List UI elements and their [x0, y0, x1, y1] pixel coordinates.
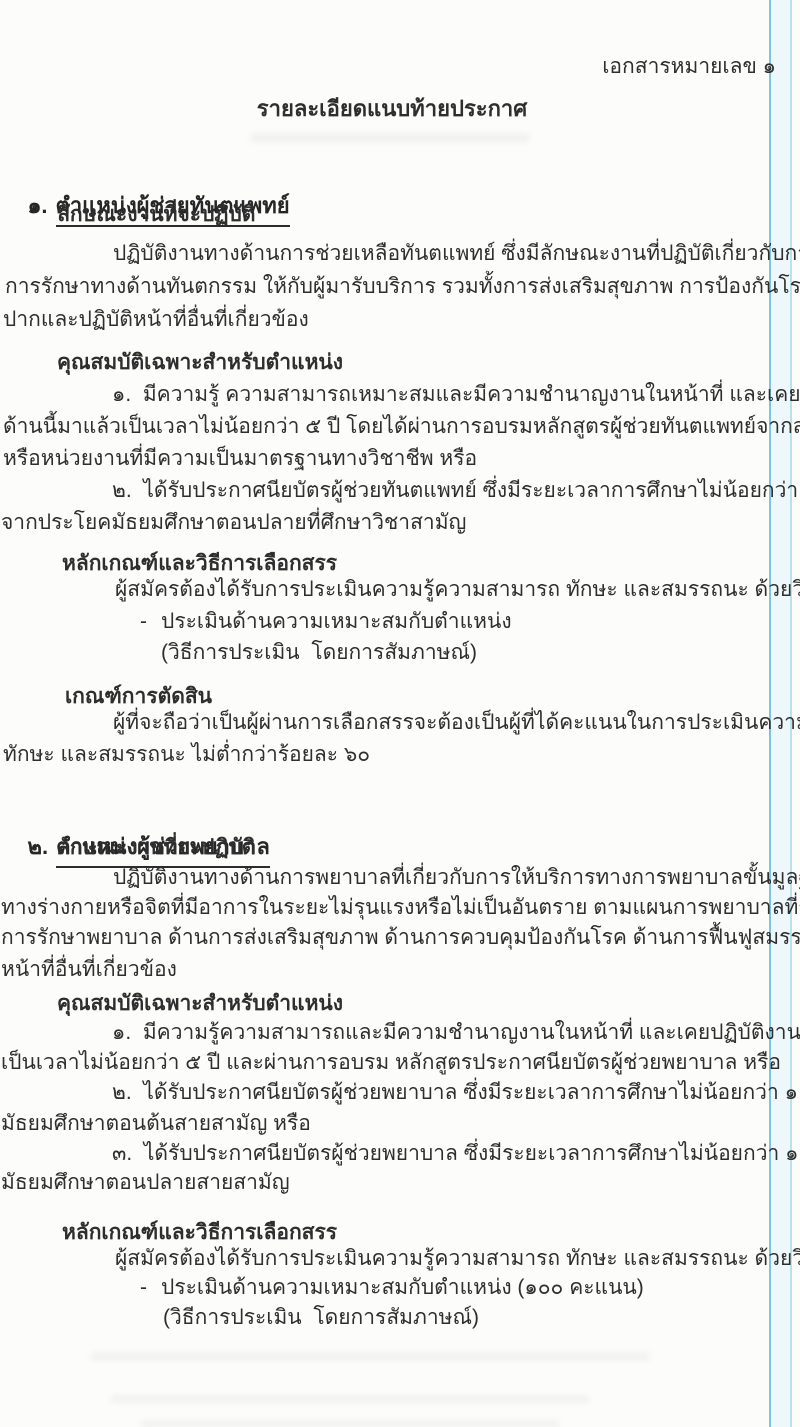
- selection-note: (วิธีการประเมิน โดยการสัมภาษณ์): [161, 639, 477, 667]
- duty-heading: ลักษณะงานที่จะปฏิบัติ: [57, 201, 255, 229]
- duty-heading: ลักษณะงานที่จะปฏิบัติ: [57, 834, 255, 862]
- qualifications-heading: คุณสมบัติเฉพาะสำหรับตำแหน่ง: [57, 349, 343, 377]
- selection-heading: หลักเกณฑ์และวิธีการเลือกสรร: [62, 550, 337, 578]
- criteria-heading: เกณฑ์การตัดสิน: [65, 683, 212, 711]
- qualification-line: ๓. ได้รับประกาศนียบัตรผู้ช่วยพยาบาล ซึ่ง…: [112, 1140, 800, 1168]
- bullet-dash: -: [140, 1274, 147, 1302]
- criteria-line: ผู้ที่จะถือว่าเป็นผู้ผ่านการเลือกสรรจะต้…: [113, 709, 800, 737]
- paragraph-line: การรักษาพยาบาล ด้านการส่งเสริมสุขภาพ ด้า…: [1, 924, 800, 952]
- bleed-through-artifact: [90, 1352, 650, 1361]
- qualification-line: ๑. มีความรู้ ความสามารถเหมาะสมและมีความช…: [112, 381, 800, 409]
- section-1-number: ๑.: [27, 193, 47, 218]
- qualification-line: ๑. มีความรู้ความสามารถและมีความชำนาญงานใ…: [112, 1019, 800, 1047]
- qualification-line: มัธยมศึกษาตอนต้นสายสามัญ หรือ: [1, 1110, 311, 1138]
- qualification-line: มัธยมศึกษาตอนปลายสายสามัญ: [1, 1169, 290, 1197]
- criteria-line: ทักษะ และสมรรถนะ ไม่ต่ำกว่าร้อยละ ๖๐: [3, 741, 370, 769]
- selection-heading: หลักเกณฑ์และวิธีการเลือกสรร: [62, 1219, 337, 1247]
- selection-intro: ผู้สมัครต้องได้รับการประเมินความรู้ความส…: [115, 576, 800, 604]
- bleed-through-artifact: [250, 133, 530, 143]
- qualification-line: จากประโยคมัธยมศึกษาตอนปลายที่ศึกษาวิชาสา…: [1, 509, 466, 537]
- bullet-dash: -: [140, 608, 147, 636]
- qualification-line: ด้านนี้มาแล้วเป็นเวลาไม่น้อยกว่า ๕ ปี โด…: [3, 413, 800, 441]
- document-number: เอกสารหมายเลข ๑: [602, 50, 776, 83]
- page-title: รายละเอียดแนบท้ายประกาศ: [0, 91, 784, 126]
- selection-intro: ผู้สมัครต้องได้รับการประเมินความรู้ความส…: [115, 1245, 800, 1273]
- selection-note: (วิธีการประเมิน โดยการสัมภาษณ์): [163, 1304, 479, 1332]
- paragraph-line: ทางร่างกายหรือจิตที่มีอาการในระยะไม่รุนแ…: [1, 894, 800, 922]
- paragraph-line: ปากและปฏิบัติหน้าที่อื่นที่เกี่ยวข้อง: [3, 306, 309, 334]
- scanned-document-page: เอกสารหมายเลข ๑ รายละเอียดแนบท้ายประกาศ …: [0, 0, 800, 1427]
- qualification-line: ๒. ได้รับประกาศนียบัตรผู้ช่วยทันตแพทย์ ซ…: [112, 477, 800, 505]
- section-2-number: ๒.: [27, 834, 48, 859]
- paragraph-line: หน้าที่อื่นที่เกี่ยวข้อง: [1, 956, 177, 984]
- paragraph-line: ปฏิบัติงานทางด้านการพยาบาลที่เกี่ยวกับกา…: [113, 864, 800, 892]
- paragraph-line: ปฏิบัติงานทางด้านการช่วยเหลือทันตแพทย์ ซ…: [113, 240, 800, 268]
- paragraph-line: การรักษาทางด้านทันตกรรม ให้กับผู้มารับบร…: [5, 273, 800, 301]
- bleed-through-artifact: [110, 1395, 590, 1403]
- selection-bullet: ประเมินด้านความเหมาะสมกับตำแหน่ง (๑๐๐ คะ…: [161, 1274, 644, 1302]
- qualification-line: ๒. ได้รับประกาศนียบัตรผู้ช่วยพยาบาล ซึ่ง…: [112, 1079, 800, 1107]
- qualification-line: หรือหน่วยงานที่มีความเป็นมาตรฐานทางวิชาช…: [3, 445, 477, 473]
- qualifications-heading: คุณสมบัติเฉพาะสำหรับตำแหน่ง: [57, 990, 343, 1018]
- selection-bullet: ประเมินด้านความเหมาะสมกับตำแหน่ง: [161, 608, 512, 636]
- bleed-through-artifact: [140, 1420, 560, 1427]
- qualification-line: เป็นเวลาไม่น้อยกว่า ๕ ปี และผ่านการอบรม …: [1, 1049, 781, 1077]
